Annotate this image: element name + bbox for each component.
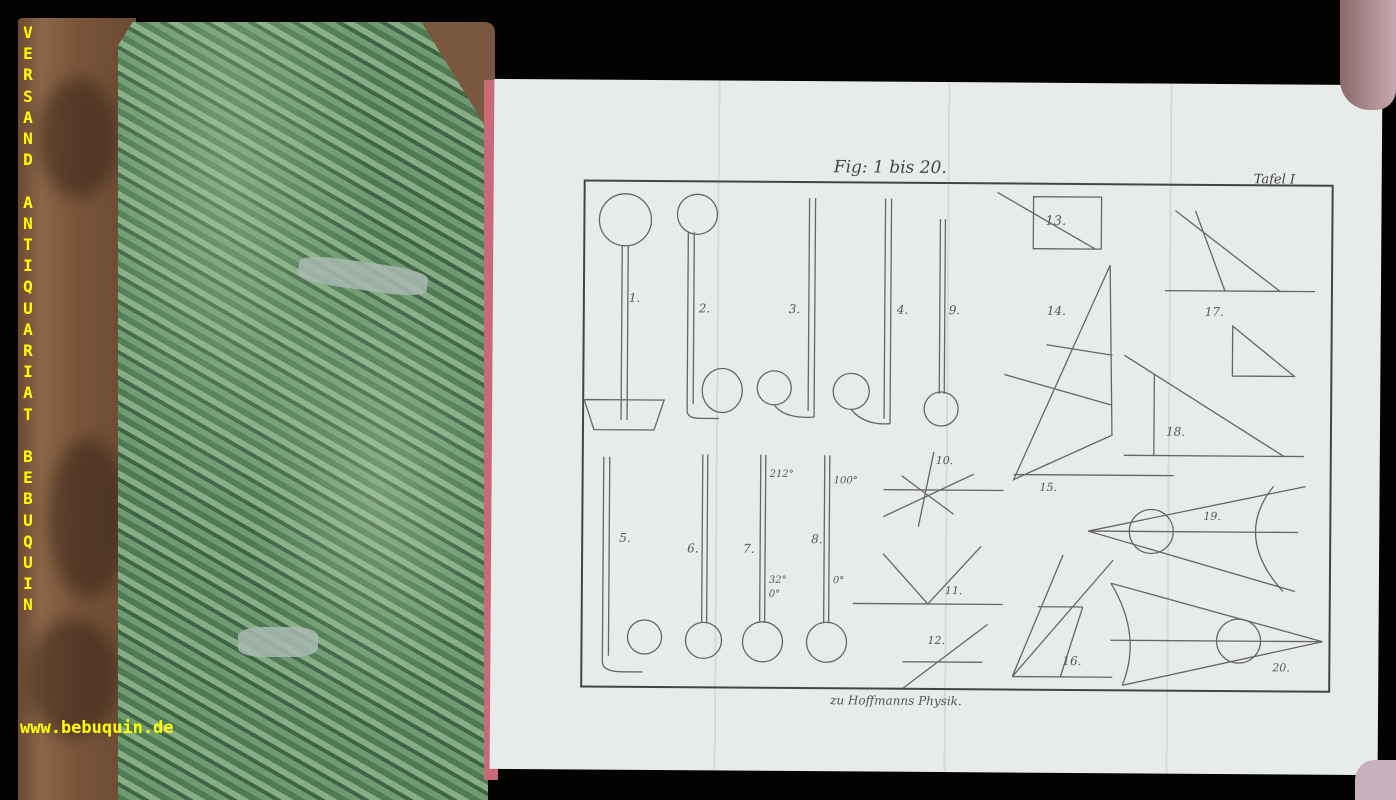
watermark-letter: A (23, 319, 33, 340)
svg-text:17.: 17. (1205, 305, 1224, 319)
marbled-cover (118, 22, 488, 800)
watermark-letter: D (23, 149, 33, 170)
watermark-letter: A (23, 107, 33, 128)
watermark-letter: N (23, 594, 33, 615)
watermark-letter: U (23, 510, 33, 531)
spine-stain (38, 78, 118, 198)
svg-text:18.: 18. (1166, 425, 1185, 439)
svg-text:4.: 4. (896, 303, 909, 317)
watermark-letter: Q (23, 276, 33, 297)
watermark-letter: A (23, 382, 33, 403)
watermark-letter: R (23, 64, 33, 85)
svg-text:1.: 1. (629, 291, 641, 305)
watermark-letter: B (23, 488, 33, 509)
watermark-letter: B (23, 446, 33, 467)
watermark-letter: U (23, 298, 33, 319)
watermark-vertical: V E R S A N D A N T I Q U A R I A T B E … (18, 22, 38, 616)
watermark-letter: E (23, 467, 33, 488)
watermark-letter: E (23, 43, 33, 64)
svg-text:212°: 212° (769, 469, 794, 480)
watermark-letter: I (23, 573, 33, 594)
cover-tear (238, 627, 318, 657)
svg-text:9.: 9. (949, 303, 961, 317)
svg-text:14.: 14. (1047, 304, 1066, 318)
svg-text:16.: 16. (1062, 654, 1081, 668)
watermark-letter: Q (23, 531, 33, 552)
plate-footer: zu Hoffmanns Physik. (830, 693, 962, 708)
svg-text:15.: 15. (1040, 481, 1058, 494)
thumb (1355, 760, 1396, 800)
svg-text:12.: 12. (927, 634, 945, 647)
watermark-letter: T (23, 234, 33, 255)
watermark-letter: A (23, 192, 33, 213)
svg-text:13.: 13. (1045, 214, 1066, 229)
svg-text:7.: 7. (743, 542, 755, 556)
cover-tear (297, 253, 430, 299)
watermark-letter (23, 170, 33, 191)
svg-text:5.: 5. (619, 531, 631, 545)
watermark-url: www.bebuquin.de (20, 718, 174, 738)
svg-text:8.: 8. (811, 532, 823, 546)
watermark-letter: I (23, 361, 33, 382)
watermark-letter: T (23, 404, 33, 425)
watermark-letter: N (23, 128, 33, 149)
engraved-plate: Fig: 1 bis 20. Tafel I 1. 2. 3. 4. 9. (490, 79, 1383, 775)
watermark-letter: N (23, 213, 33, 234)
watermark-letter: V (23, 22, 33, 43)
svg-text:100°: 100° (834, 475, 858, 486)
svg-text:11.: 11. (945, 584, 963, 597)
svg-text:32°: 32° (769, 575, 787, 586)
svg-text:0°: 0° (833, 575, 844, 586)
svg-text:0°: 0° (769, 589, 780, 600)
physics-diagrams: 1. 2. 3. 4. 9. 5. 6. (582, 182, 1332, 691)
watermark-letter: S (23, 86, 33, 107)
watermark-letter (23, 425, 33, 446)
spine-stain (48, 438, 128, 598)
watermark-letter: U (23, 552, 33, 573)
plate-frame: 1. 2. 3. 4. 9. 5. 6. (580, 180, 1334, 693)
svg-text:2.: 2. (698, 301, 711, 315)
svg-text:20.: 20. (1271, 661, 1290, 674)
plate-title: Fig: 1 bis 20. (834, 157, 947, 178)
watermark-letter: I (23, 255, 33, 276)
hand-holding-page (1340, 0, 1396, 110)
svg-text:3.: 3. (789, 302, 801, 316)
svg-text:6.: 6. (687, 541, 699, 555)
svg-text:10.: 10. (936, 454, 954, 467)
watermark-letter: R (23, 340, 33, 361)
svg-text:19.: 19. (1203, 510, 1221, 523)
